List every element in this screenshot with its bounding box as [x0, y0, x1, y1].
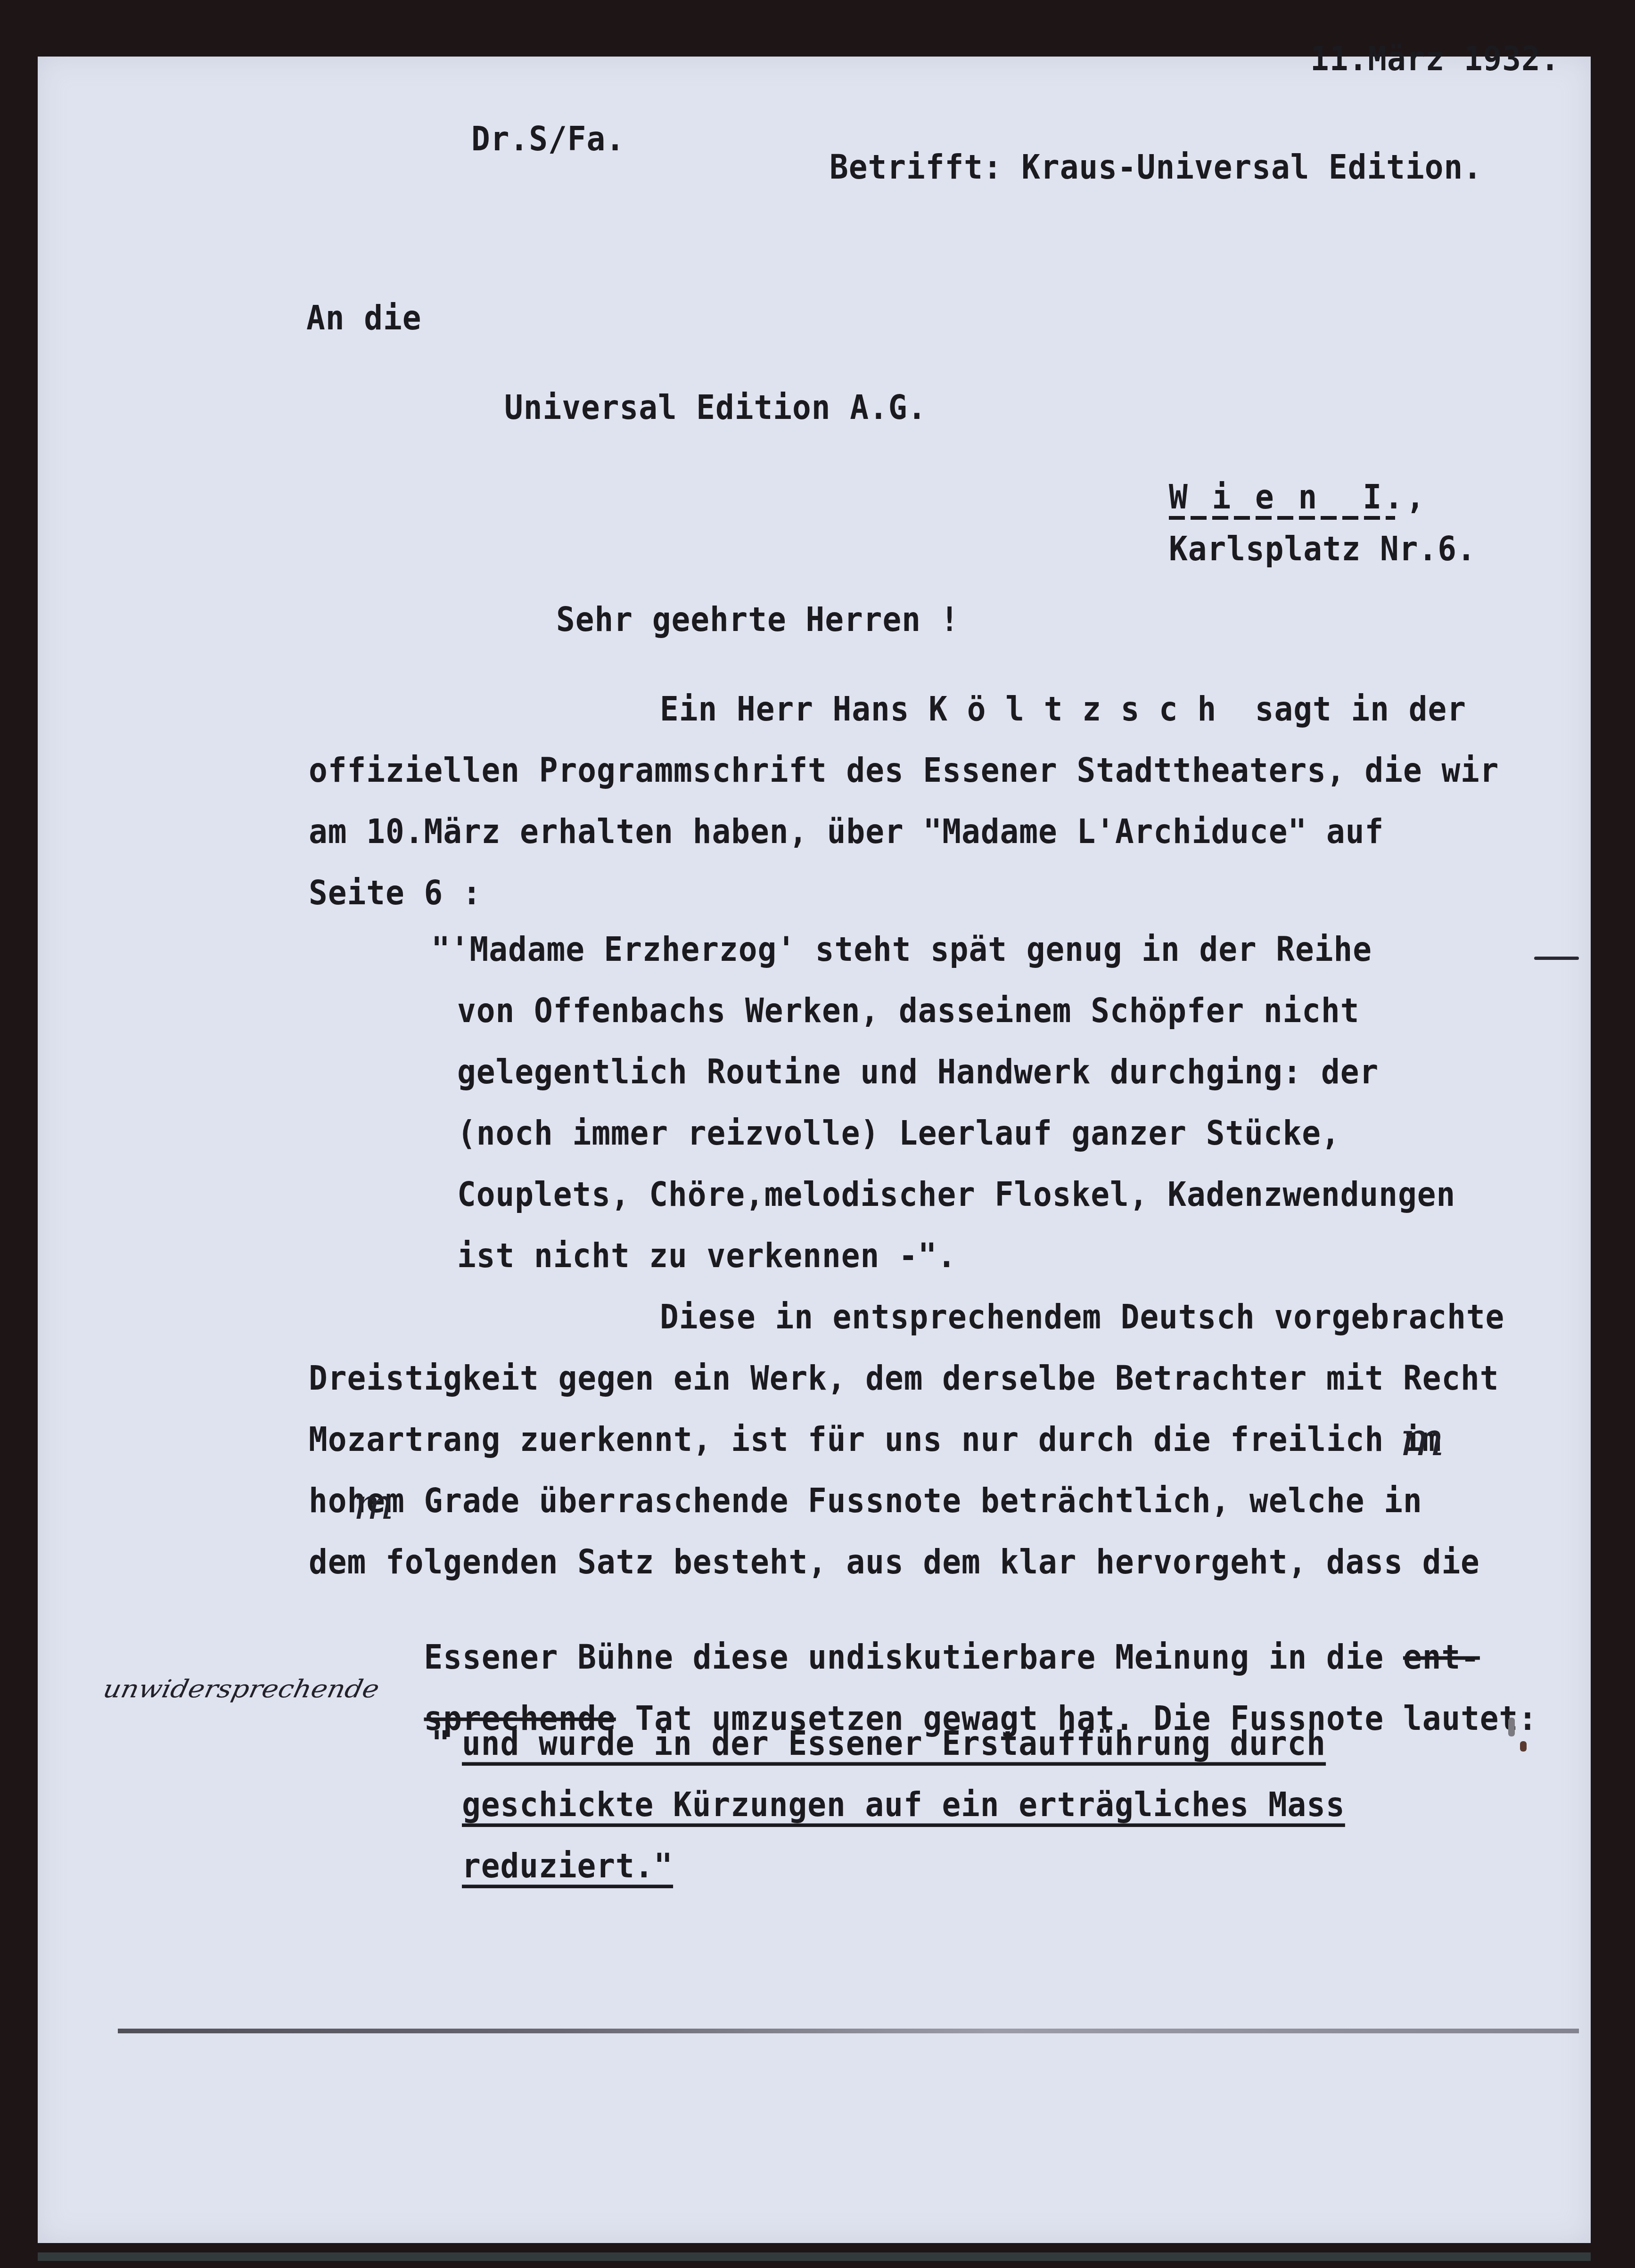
- ink-dot-mark: [1520, 1741, 1527, 1752]
- body-line: offiziellen Programmschrift des Essener …: [309, 754, 1499, 787]
- body-line: am 10.März erhalten haben, über "Madame …: [309, 815, 1384, 849]
- quote-line: ist nicht zu verkennen -".: [457, 1239, 956, 1273]
- quote-line: gelegentlich Routine und Handwerk durchg…: [457, 1056, 1379, 1089]
- recipient-name: Universal Edition A.G.: [504, 391, 927, 425]
- city-underline: [1169, 516, 1395, 520]
- quote-line: "'Madame Erzherzog' steht spät genug in …: [431, 933, 1372, 966]
- margin-note-handwritten: unwidersprechende: [100, 1674, 382, 1703]
- scanner-edge: [38, 2252, 1591, 2261]
- subject-line: Betrifft: Kraus-Universal Edition.: [830, 151, 1482, 184]
- document-scan: 11.März 1932. Dr.S/Fa. Betrifft: Kraus-U…: [0, 0, 1635, 2268]
- body-line: Seite 6 :: [309, 876, 482, 910]
- footnote-quote-line: geschickte Kürzungen auf ein erträgliche…: [462, 1788, 1345, 1822]
- handwritten-correction-im: m: [1400, 1411, 1445, 1466]
- footnote-quote-line: reduziert.": [462, 1850, 673, 1883]
- quote-line: (noch immer reizvolle) Leerlauf ganzer S…: [457, 1117, 1340, 1150]
- body-line: Mozartrang zuerkennt, ist für uns nur du…: [309, 1423, 1441, 1457]
- recipient-prefix: An die: [306, 302, 421, 335]
- body-line: Dreistigkeit gegen ein Werk, dem derselb…: [309, 1362, 1499, 1395]
- paper-sheet: 11.März 1932. Dr.S/Fa. Betrifft: Kraus-U…: [38, 57, 1591, 2243]
- quote-line: Couplets, Chöre,melodischer Floskel, Kad…: [457, 1178, 1455, 1212]
- recipient-street: Karlsplatz Nr.6.: [1169, 532, 1476, 566]
- handwritten-correction-hohem: m: [353, 1480, 394, 1529]
- body-line: Diese in entsprechendem Deutsch vorgebra…: [660, 1301, 1504, 1334]
- reference-code: Dr.S/Fa.: [471, 123, 625, 156]
- body-line: hohem Grade überraschende Fussnote beträ…: [309, 1484, 1422, 1518]
- ink-dot-mark: [1508, 1718, 1515, 1736]
- date-line: 11.März 1932.: [1310, 42, 1560, 76]
- page-fold-rule: [118, 2029, 1579, 2033]
- quote-line: von Offenbachs Werken, dasseinem Schöpfe…: [457, 994, 1360, 1028]
- body-line: Ein Herr Hans K ö l t z s c h sagt in de…: [660, 693, 1466, 726]
- recipient-city: W i e n I.,: [1169, 481, 1428, 514]
- salutation: Sehr geehrte Herren !: [556, 603, 959, 637]
- body-line: dem folgenden Satz besteht, aus dem klar…: [309, 1546, 1480, 1579]
- margin-dash-mark: [1534, 957, 1579, 960]
- footnote-quote-line: und wurde in der Essener Erstaufführung …: [462, 1727, 1326, 1760]
